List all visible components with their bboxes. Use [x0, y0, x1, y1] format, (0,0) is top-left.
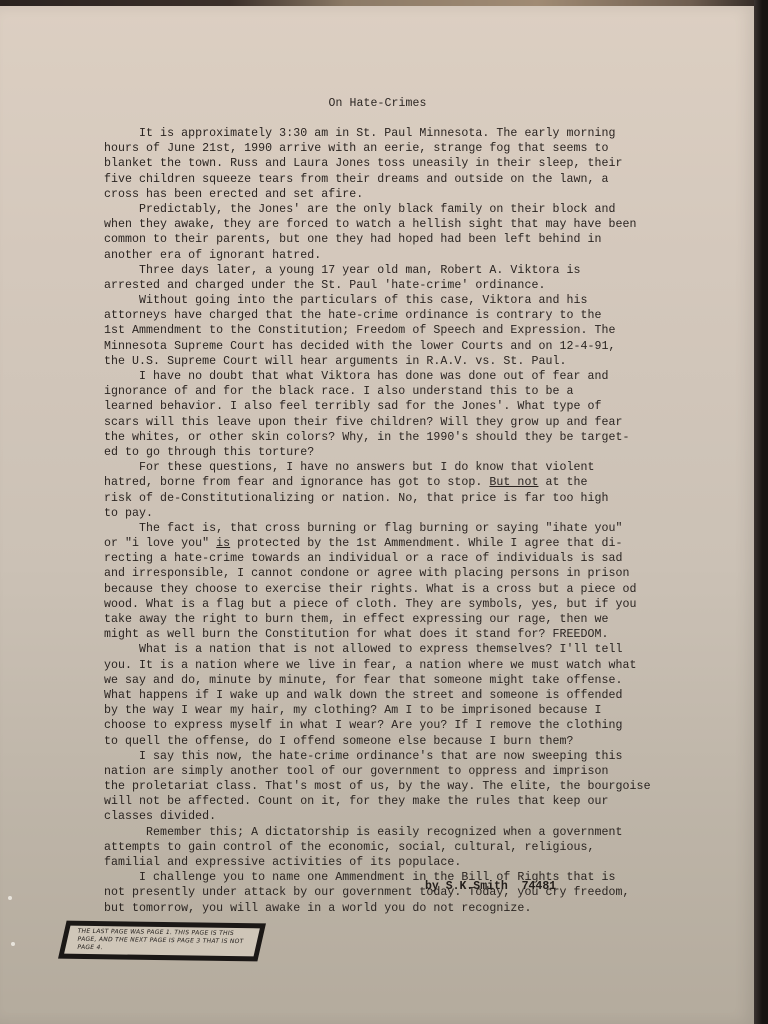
text-line: scars will this leave upon their five ch… [104, 415, 664, 430]
text-line: It is approximately 3:30 am in St. Paul … [104, 126, 664, 141]
handwritten-note-text: The last page was page 1. This page is t… [67, 926, 257, 955]
text-line: I say this now, the hate-crime ordinance… [104, 749, 664, 764]
text-line: to pay. [104, 506, 664, 521]
text-line: we say and do, minute by minute, for fea… [104, 673, 664, 688]
text-line: choose to express myself in what I wear?… [104, 718, 664, 733]
text-line: recting a hate-crime towards an individu… [104, 551, 664, 566]
text-line: not presently under attack by our govern… [104, 885, 664, 900]
binder-hole [8, 896, 12, 900]
text-line: you. It is a nation where we live in fea… [104, 658, 664, 673]
text-line: might as well burn the Constitution for … [104, 627, 664, 642]
text-line: to quell the offense, do I offend someon… [104, 734, 664, 749]
text-line: when they awake, they are forced to watc… [104, 217, 664, 232]
text-line: five children squeeze tears from their d… [104, 172, 664, 187]
text-line: hours of June 21st, 1990 arrive with an … [104, 141, 664, 156]
text-line: arrested and charged under the St. Paul … [104, 278, 664, 293]
text-line: familial and expressive activities of it… [104, 855, 664, 870]
text-line: by the way I wear my hair, my clothing? … [104, 703, 664, 718]
text-line: I challenge you to name one Ammendment i… [104, 870, 664, 885]
text-line: For these questions, I have no answers b… [104, 460, 664, 475]
text-line: another era of ignorant hatred. [104, 248, 664, 263]
text-line: nation are simply another tool of our go… [104, 764, 664, 779]
text-line: the whites, or other skin colors? Why, i… [104, 430, 664, 445]
text-line: but tomorrow, you will awake in a world … [104, 901, 664, 916]
text-line: Three days later, a young 17 year old ma… [104, 263, 664, 278]
text-line: the proletariat class. That's most of us… [104, 779, 664, 794]
text-line: because they choose to exercise their ri… [104, 582, 664, 597]
text-line: The fact is, that cross burning or flag … [104, 521, 664, 536]
text-line: What is a nation that is not allowed to … [104, 642, 664, 657]
text-line: cross has been erected and set afire. [104, 187, 664, 202]
text-line: Predictably, the Jones' are the only bla… [104, 202, 664, 217]
text-line: attorneys have charged that the hate-cri… [104, 308, 664, 323]
text-line: 1st Ammendment to the Constitution; Free… [104, 323, 664, 338]
text-line: Minnesota Supreme Court has decided with… [104, 339, 664, 354]
document-title: On Hate-Crimes [0, 97, 755, 110]
text-line: Without going into the particulars of th… [104, 293, 664, 308]
text-line: What happens if I wake up and walk down … [104, 688, 664, 703]
text-line: I have no doubt that what Viktora has do… [104, 369, 664, 384]
text-line: ignorance of and for the black race. I a… [104, 384, 664, 399]
text-line: learned behavior. I also feel terribly s… [104, 399, 664, 414]
text-line: hatred, borne from fear and ignorance ha… [104, 475, 664, 490]
text-line: classes divided. [104, 809, 664, 824]
document-body: It is approximately 3:30 am in St. Paul … [104, 126, 664, 916]
text-line: wood. What is a flag but a piece of clot… [104, 597, 664, 612]
text-line: ed to go through this torture? [104, 445, 664, 460]
underlined-emphasis: is [216, 537, 230, 550]
underlined-emphasis: But not [489, 476, 538, 489]
text-line: take away the right to burn them, in eff… [104, 612, 664, 627]
binder-hole [11, 942, 15, 946]
author-signature: by S.K.Smith 74481 [425, 880, 556, 893]
text-line: Remember this; A dictatorship is easily … [104, 825, 664, 840]
page-edge-shadow [754, 0, 768, 1024]
text-line: blanket the town. Russ and Laura Jones t… [104, 156, 664, 171]
text-line: the U.S. Supreme Court will hear argumen… [104, 354, 664, 369]
text-line: will not be affected. Count on it, for t… [104, 794, 664, 809]
text-line: and irresponsible, I cannot condone or a… [104, 566, 664, 581]
text-line: or "i love you" is protected by the 1st … [104, 536, 664, 551]
text-line: attempts to gain control of the economic… [104, 840, 664, 855]
handwritten-page-note: The last page was page 1. This page is t… [58, 921, 266, 962]
text-line: risk of de-Constitutionalizing or nation… [104, 491, 664, 506]
text-line: common to their parents, but one they ha… [104, 232, 664, 247]
